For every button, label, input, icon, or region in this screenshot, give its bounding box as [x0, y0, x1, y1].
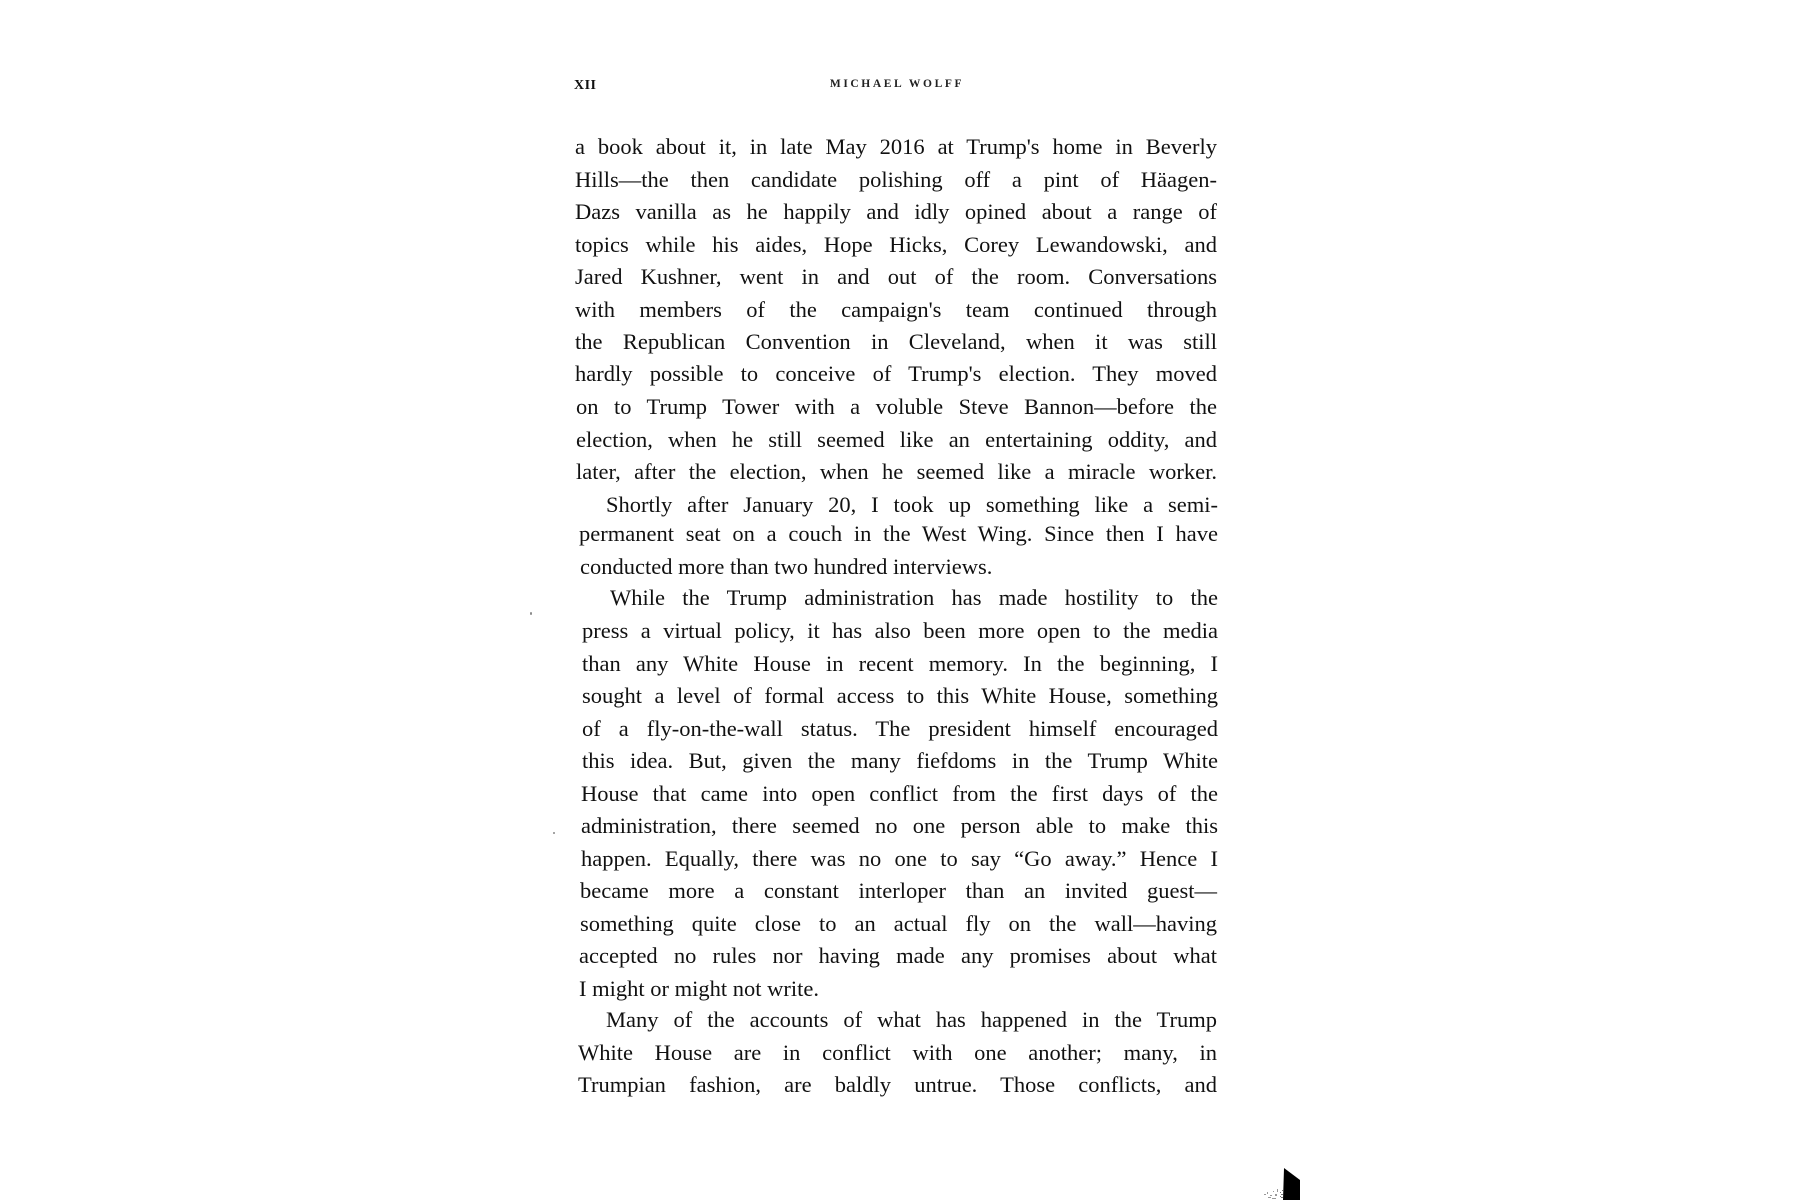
text-line: on to Trump Tower with a voluble Steve B…: [576, 391, 1217, 423]
text-line: administration, there seemed no one pers…: [581, 810, 1218, 842]
text-line: than any White House in recent memory. I…: [582, 648, 1218, 680]
text-line: a book about it, in late May 2016 at Tru…: [575, 131, 1217, 163]
text-line: While the Trump administration has made …: [610, 582, 1218, 614]
scan-speck: [553, 832, 555, 834]
text-line: with members of the campaign's team cont…: [575, 294, 1217, 326]
scan-artifact-mark: [1280, 1166, 1302, 1200]
text-line: Hills—the then candidate polishing off a…: [575, 164, 1217, 196]
body-text: a book about it, in late May 2016 at Tru…: [0, 0, 1800, 1200]
text-line: became more a constant interloper than a…: [580, 875, 1217, 907]
text-line: sought a level of formal access to this …: [582, 680, 1218, 712]
text-line: Many of the accounts of what has happene…: [606, 1004, 1217, 1036]
text-line: House that came into open conflict from …: [581, 778, 1218, 810]
text-line: I might or might not write.: [579, 973, 979, 1005]
text-line: Trumpian fashion, are baldly untrue. Tho…: [578, 1069, 1217, 1101]
text-line: of a fly-on-the-wall status. The preside…: [582, 713, 1218, 745]
text-line: Shortly after January 20, I took up some…: [606, 489, 1218, 521]
text-line: this idea. But, given the many fiefdoms …: [582, 745, 1218, 777]
text-line: hardly possible to conceive of Trump's e…: [575, 358, 1217, 390]
text-line: permanent seat on a couch in the West Wi…: [579, 518, 1218, 550]
text-line: happen. Equally, there was no one to say…: [581, 843, 1218, 875]
book-page: XII MICHAEL WOLFF a book about it, in la…: [0, 0, 1800, 1200]
text-line: something quite close to an actual fly o…: [580, 908, 1217, 940]
text-line: White House are in conflict with one ano…: [578, 1037, 1217, 1069]
text-line: election, when he still seemed like an e…: [576, 424, 1217, 456]
text-line: press a virtual policy, it has also been…: [582, 615, 1218, 647]
text-line: accepted no rules nor having made any pr…: [579, 940, 1217, 972]
text-line: Dazs vanilla as he happily and idly opin…: [575, 196, 1217, 228]
text-line: later, after the election, when he seeme…: [576, 456, 1217, 488]
scan-speck: [530, 612, 532, 615]
text-line: topics while his aides, Hope Hicks, Core…: [575, 229, 1217, 261]
text-line: Jared Kushner, went in and out of the ro…: [575, 261, 1217, 293]
scan-noise: [1262, 1186, 1280, 1200]
text-line: conducted more than two hundred intervie…: [580, 551, 1080, 583]
text-line: the Republican Convention in Cleveland, …: [575, 326, 1217, 358]
